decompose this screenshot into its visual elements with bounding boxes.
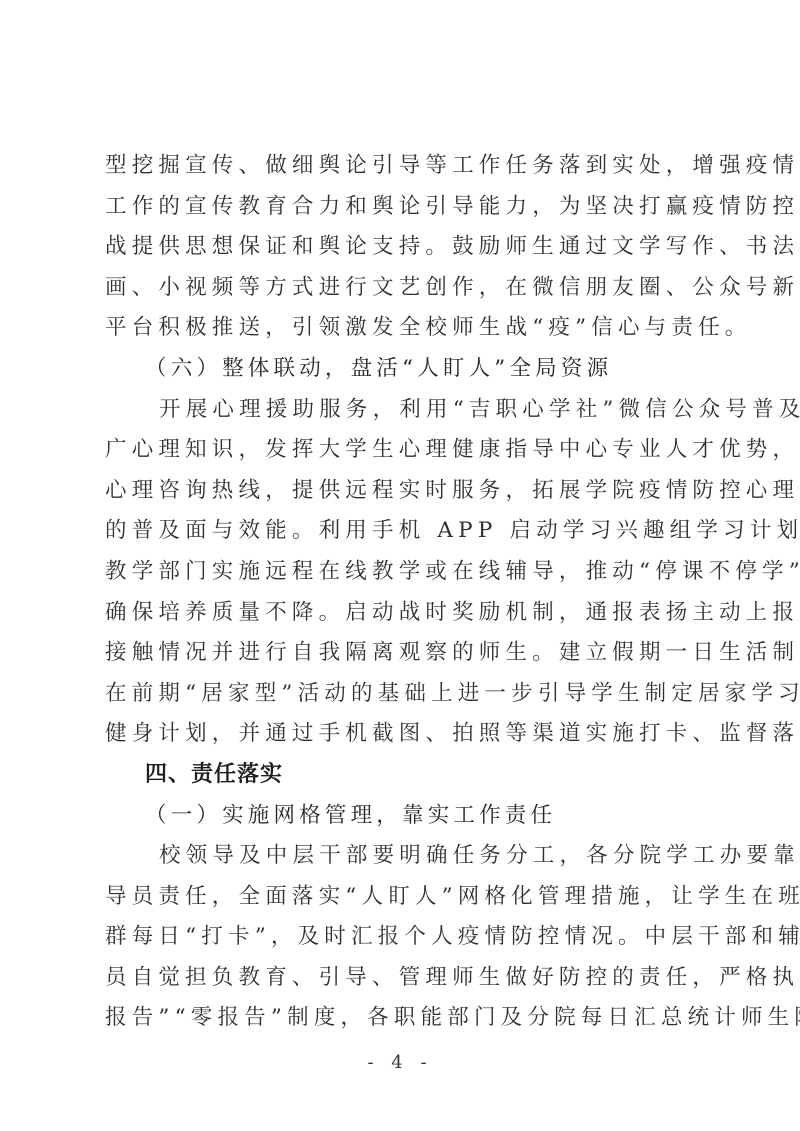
text-line: 在前期“居家型”活动的基础上进一步引导学生制定居家学习及 — [105, 674, 705, 715]
text-line: 开展心理援助服务，利用“吉职心学社”微信公众号普及推 — [105, 390, 705, 431]
text-line: 平台积极推送，引领激发全校师生战“疫”信心与责任。 — [105, 308, 705, 349]
page-number: - 4 - — [0, 1052, 800, 1073]
continuation-paragraph: 型挖掘宣传、做细舆论引导等工作任务落到实处，增强疫情防控 工作的宣传教育合力和舆… — [105, 146, 705, 349]
text-line: 广心理知识，发挥大学生心理健康指导中心专业人才优势，开辟 — [105, 430, 705, 471]
section-6-heading: （六）整体联动，盘活“人盯人”全局资源 — [105, 349, 705, 390]
text-line: 工作的宣传教育合力和舆论引导能力，为坚决打赢疫情防控阻击 — [105, 187, 705, 228]
text-line: 教学部门实施远程在线教学或在线辅导，推动“停课不停学”， — [105, 552, 705, 593]
subsection-1-paragraph: 校领导及中层干部要明确任务分工，各分院学工办要靠实辅 导员责任，全面落实“人盯人… — [105, 836, 705, 1039]
document-body: 型挖掘宣传、做细舆论引导等工作任务落到实处，增强疫情防控 工作的宣传教育合力和舆… — [105, 146, 705, 1039]
text-line: 健身计划，并通过手机截图、拍照等渠道实施打卡、监督落实。 — [105, 714, 705, 755]
subsection-1-heading: （一）实施网格管理，靠实工作责任 — [105, 796, 705, 837]
text-line: 导员责任，全面落实“人盯人”网格化管理措施，让学生在班级 — [105, 877, 705, 918]
text-line: 心理咨询热线，提供远程实时服务，拓展学院疫情防控心理防护 — [105, 471, 705, 512]
text-line: 的普及面与效能。利用手机 APP 启动学习兴趣组学习计划，配合 — [105, 511, 705, 552]
section-6-paragraph: 开展心理援助服务，利用“吉职心学社”微信公众号普及推 广心理知识，发挥大学生心理… — [105, 390, 705, 755]
text-line: 员自觉担负教育、引导、管理师生做好防控的责任，严格执行“日 — [105, 958, 705, 999]
text-line: 接触情况并进行自我隔离观察的师生。建立假期一日生活制度， — [105, 633, 705, 674]
text-line: 报告”“零报告”制度，各职能部门及分院每日汇总统计师生防 — [105, 998, 705, 1039]
text-line: 群每日“打卡”，及时汇报个人疫情防控情况。中层干部和辅导 — [105, 917, 705, 958]
text-line: 确保培养质量不降。启动战时奖励机制，通报表扬主动上报密切 — [105, 593, 705, 634]
part-4-heading: 四、责任落实 — [105, 755, 705, 796]
text-line: 战提供思想保证和舆论支持。鼓励师生通过文学写作、书法、绘 — [105, 227, 705, 268]
text-line: 校领导及中层干部要明确任务分工，各分院学工办要靠实辅 — [105, 836, 705, 877]
document-page: 型挖掘宣传、做细舆论引导等工作任务落到实处，增强疫情防控 工作的宣传教育合力和舆… — [0, 0, 800, 1131]
text-line: 画、小视频等方式进行文艺创作，在微信朋友圈、公众号新媒体 — [105, 268, 705, 309]
text-line: 型挖掘宣传、做细舆论引导等工作任务落到实处，增强疫情防控 — [105, 146, 705, 187]
